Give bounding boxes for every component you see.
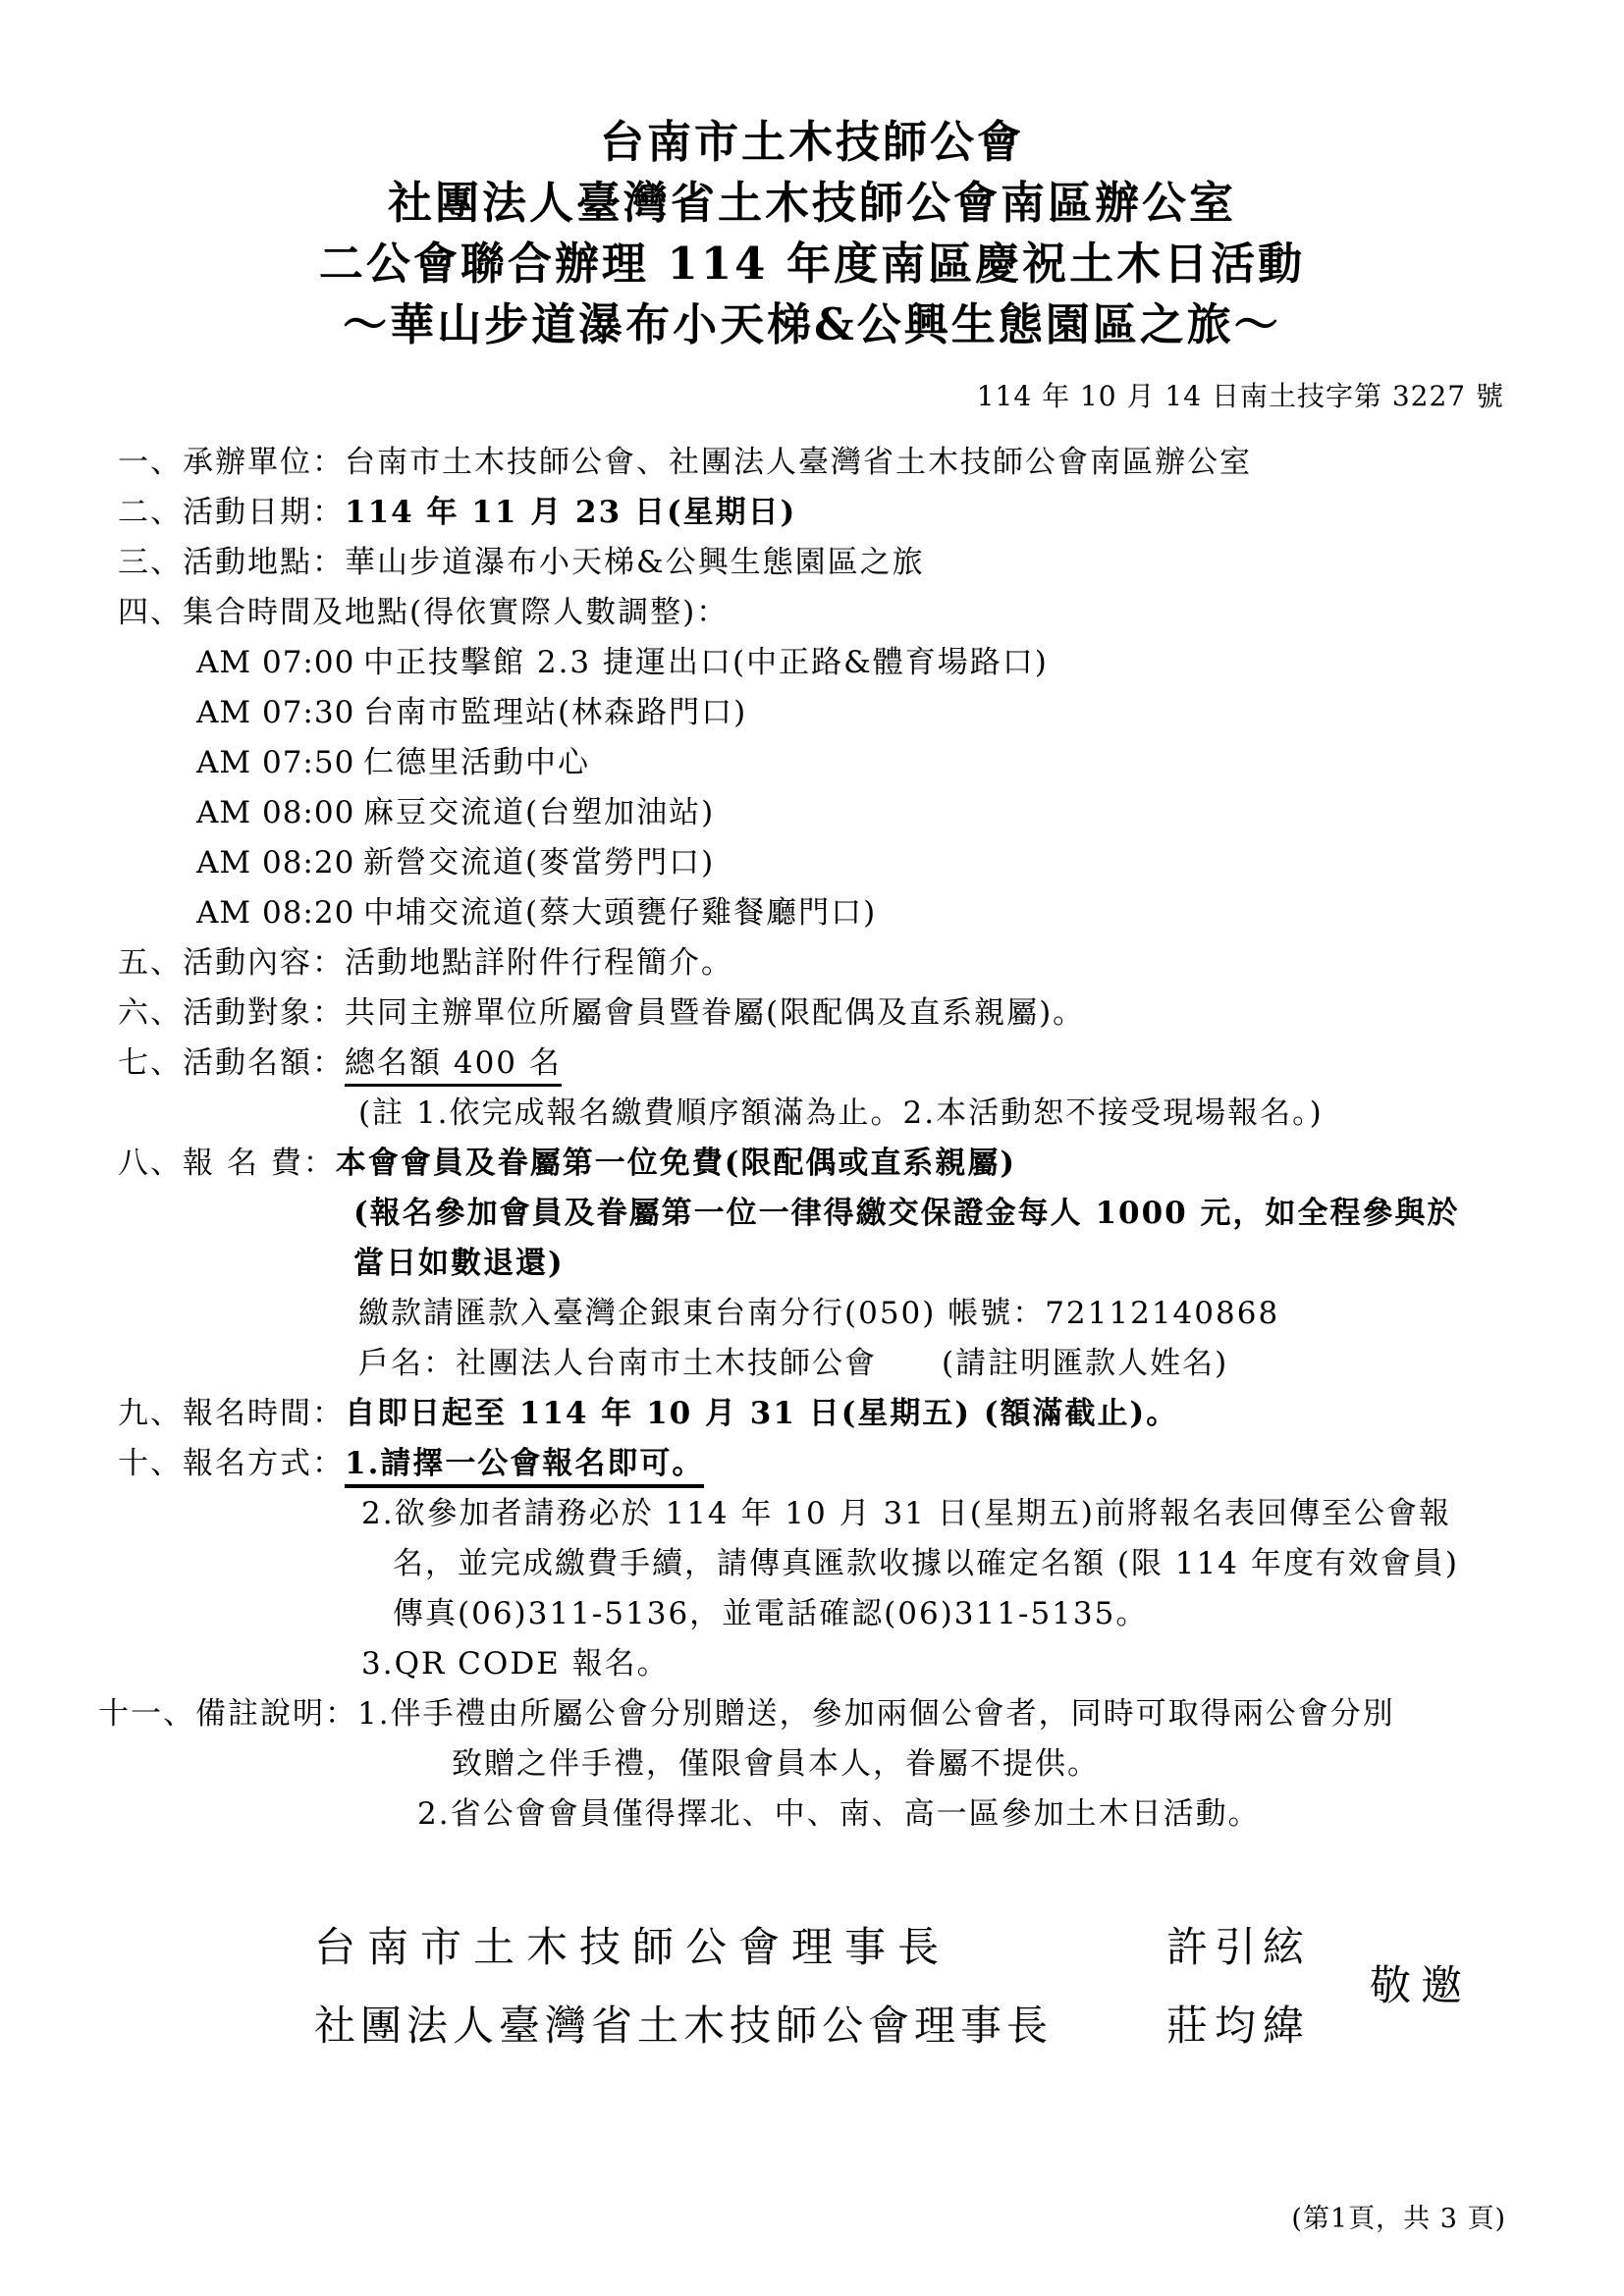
item-10-method-2-line-1: 2.欲參加者請務必於 114 年 10 月 31 日(星期五)前將報名表回傳至公… [361,1489,1624,1539]
meeting-place: 仁德里活動中心 [363,745,590,780]
item-8: 八、報 名 費：本會會員及眷屬第一位免費(限配偶或直系親屬) [118,1139,1624,1189]
item-1: 一、承辦單位：台南市土木技師公會、社團法人臺灣省土木技師公會南區辦公室 [118,438,1624,488]
signature-name-2: 莊均緯 [1166,1987,1311,2065]
document-page: 台南市土木技師公會 社團法人臺灣省土木技師公會南區辦公室 二公會聯合辦理 114… [0,0,1624,2296]
meeting-time: AM 08:20 [196,838,363,888]
meeting-time-row-1: AM 07:00中正技擊館 2.3 捷運出口(中正路&體育場路口) [196,638,1624,688]
org-title-1: 台南市土木技師公會 [0,112,1624,173]
item-1-number: 一、 [118,445,183,480]
item-11-note-1: 1.伴手禮由所屬公會分別贈送，參加兩個公會者，同時可取得兩公會分別 [357,1696,1395,1732]
item-4-label: 集合時間及地點(得依實際人數調整)： [183,595,729,630]
meeting-time: AM 07:50 [196,738,363,788]
item-8-deposit-line-1: (報名參加會員及眷屬第一位一律得繳交保證金每人 1000 元，如全程參與於 [353,1189,1624,1239]
item-2-text: 114 年 11 月 23 日(星期日) [345,495,796,530]
item-8-number: 八、 [118,1146,183,1181]
item-6-label: 活動對象： [183,995,345,1031]
item-10-method-1: 1.請擇一公會報名即可。 [345,1446,704,1488]
item-9-deadline-text: 自即日起至 114 年 10 月 31 日(星期五) (額滿截止)。 [345,1396,1178,1431]
item-3-label: 活動地點： [183,545,345,580]
item-9-label: 報名時間： [183,1396,345,1431]
document-body: 一、承辦單位：台南市土木技師公會、社團法人臺灣省土木技師公會南區辦公室 二、活動… [0,438,1624,1840]
item-3: 三、活動地點：華山步道瀑布小天梯&公興生態園區之旅 [118,538,1624,588]
item-10-number: 十、 [118,1446,183,1481]
item-8-fee-text: 本會會員及眷屬第一位免費(限配偶或直系親屬) [336,1146,1016,1181]
item-8-account-line: 戶名：社團法人台南市土木技師公會 (請註明匯款人姓名) [358,1339,1624,1389]
item-10: 十、報名方式：1.請擇一公會報名即可。 [118,1439,1624,1489]
item-7: 七、活動名額：總名額 400 名 [118,1039,1624,1089]
meeting-time-row-4: AM 08:00麻豆交流道(台塑加油站) [196,788,1624,838]
item-2-label: 活動日期： [183,495,345,530]
meeting-time-row-3: AM 07:50仁德里活動中心 [196,738,1624,788]
item-6: 六、活動對象：共同主辦單位所屬會員暨眷屬(限配偶及直系親屬)。 [118,988,1624,1039]
meeting-time-row-5: AM 08:20新營交流道(麥當勞門口) [196,838,1624,888]
item-5: 五、活動內容：活動地點詳附件行程簡介。 [118,938,1624,988]
invite-text: 敬邀 [1370,1953,1472,2012]
item-4-number: 四、 [118,595,183,630]
item-5-label: 活動內容： [183,945,345,981]
meeting-time: AM 08:20 [196,888,363,938]
meeting-time: AM 07:30 [196,688,363,738]
item-7-quota-text: 總名額 400 名 [345,1045,562,1087]
item-10-label: 報名方式： [183,1446,345,1481]
item-2: 二、活動日期：114 年 11 月 23 日(星期日) [118,488,1624,538]
item-8-bank-line: 繳款請匯款入臺灣企銀東台南分行(050) 帳號：72112140868 [358,1289,1624,1339]
item-2-number: 二、 [118,495,183,530]
signature-row-1: 台南市土木技師公會理事長 許引絃 [314,1908,1311,1987]
document-header: 台南市土木技師公會 社團法人臺灣省土木技師公會南區辦公室 二公會聯合辦理 114… [0,0,1624,355]
item-8-label: 報 名 費： [183,1146,336,1181]
item-10-method-3: 3.QR CODE 報名。 [361,1639,1624,1689]
item-4: 四、集合時間及地點(得依實際人數調整)： [118,588,1624,638]
item-6-number: 六、 [118,995,183,1031]
page-footer: (第1頁，共 3 頁) [1291,2197,1506,2235]
item-9: 九、報名時間：自即日起至 114 年 10 月 31 日(星期五) (額滿截止)… [118,1389,1624,1439]
item-11-number: 十一、 [98,1696,195,1732]
item-7-note: (註 1.依完成報名繳費順序額滿為止。2.本活動恕不接受現場報名。) [358,1089,1624,1139]
item-7-label: 活動名額： [183,1045,345,1081]
item-11: 十一、備註說明：1.伴手禮由所屬公會分別贈送，參加兩個公會者，同時可取得兩公會分… [98,1689,1624,1739]
meeting-place: 台南市監理站(林森路門口) [363,695,747,730]
signature-row-2: 社團法人臺灣省土木技師公會理事長 莊均緯 [314,1987,1311,2065]
meeting-time: AM 07:00 [196,638,363,688]
item-6-text: 共同主辦單位所屬會員暨眷屬(限配偶及直系親屬)。 [345,995,1085,1031]
signature-org-1: 台南市土木技師公會理事長 [314,1908,950,1987]
item-5-text: 活動地點詳附件行程簡介。 [345,945,733,981]
signature-name-1: 許引絃 [1166,1908,1311,1987]
event-title: 二公會聯合辦理 114 年度南區慶祝土木日活動 [0,234,1624,294]
item-8-deposit-line-2: 當日如數退還) [353,1239,1624,1289]
item-7-number: 七、 [118,1045,183,1081]
item-1-text: 台南市土木技師公會、社團法人臺灣省土木技師公會南區辦公室 [345,445,1252,480]
item-11-note-2: 2.省公會會員僅得擇北、中、南、高一區參加土木日活動。 [417,1789,1624,1840]
meeting-place: 麻豆交流道(台塑加油站) [363,795,715,830]
signature-org-2: 社團法人臺灣省土木技師公會理事長 [314,1987,1053,2065]
event-subtitle: ～華山步道瀑布小天梯&公興生態園區之旅～ [0,294,1624,355]
item-3-text: 華山步道瀑布小天梯&公興生態園區之旅 [345,545,925,580]
meeting-time-row-6: AM 08:20中埔交流道(蔡大頭甕仔雞餐廳門口) [196,888,1624,938]
meeting-place: 新營交流道(麥當勞門口) [363,845,715,881]
item-1-label: 承辦單位： [183,445,345,480]
meeting-place: 中埔交流道(蔡大頭甕仔雞餐廳門口) [363,895,877,931]
item-5-number: 五、 [118,945,183,981]
signature-block: 台南市土木技師公會理事長 許引絃 社團法人臺灣省土木技師公會理事長 莊均緯 敬邀 [314,1908,1311,2065]
meeting-time: AM 08:00 [196,788,363,838]
item-10-method-2-line-3: 傳真(06)311-5136，並電話確認(06)311-5135。 [393,1589,1624,1639]
item-10-method-2-line-2: 名，並完成繳費手續，請傳真匯款收據以確定名額 (限 114 年度有效會員) [393,1539,1624,1589]
item-11-label: 備註說明： [195,1696,357,1732]
item-11-note-1-cont: 致贈之伴手禮，僅限會員本人，眷屬不提供。 [452,1739,1624,1789]
document-number: 114 年 10 月 14 日南土技字第 3227 號 [0,375,1624,414]
meeting-place: 中正技擊館 2.3 捷運出口(中正路&體育場路口) [363,645,1049,680]
meeting-time-row-2: AM 07:30台南市監理站(林森路門口) [196,688,1624,738]
item-9-number: 九、 [118,1396,183,1431]
item-3-number: 三、 [118,545,183,580]
org-title-2: 社團法人臺灣省土木技師公會南區辦公室 [0,173,1624,234]
